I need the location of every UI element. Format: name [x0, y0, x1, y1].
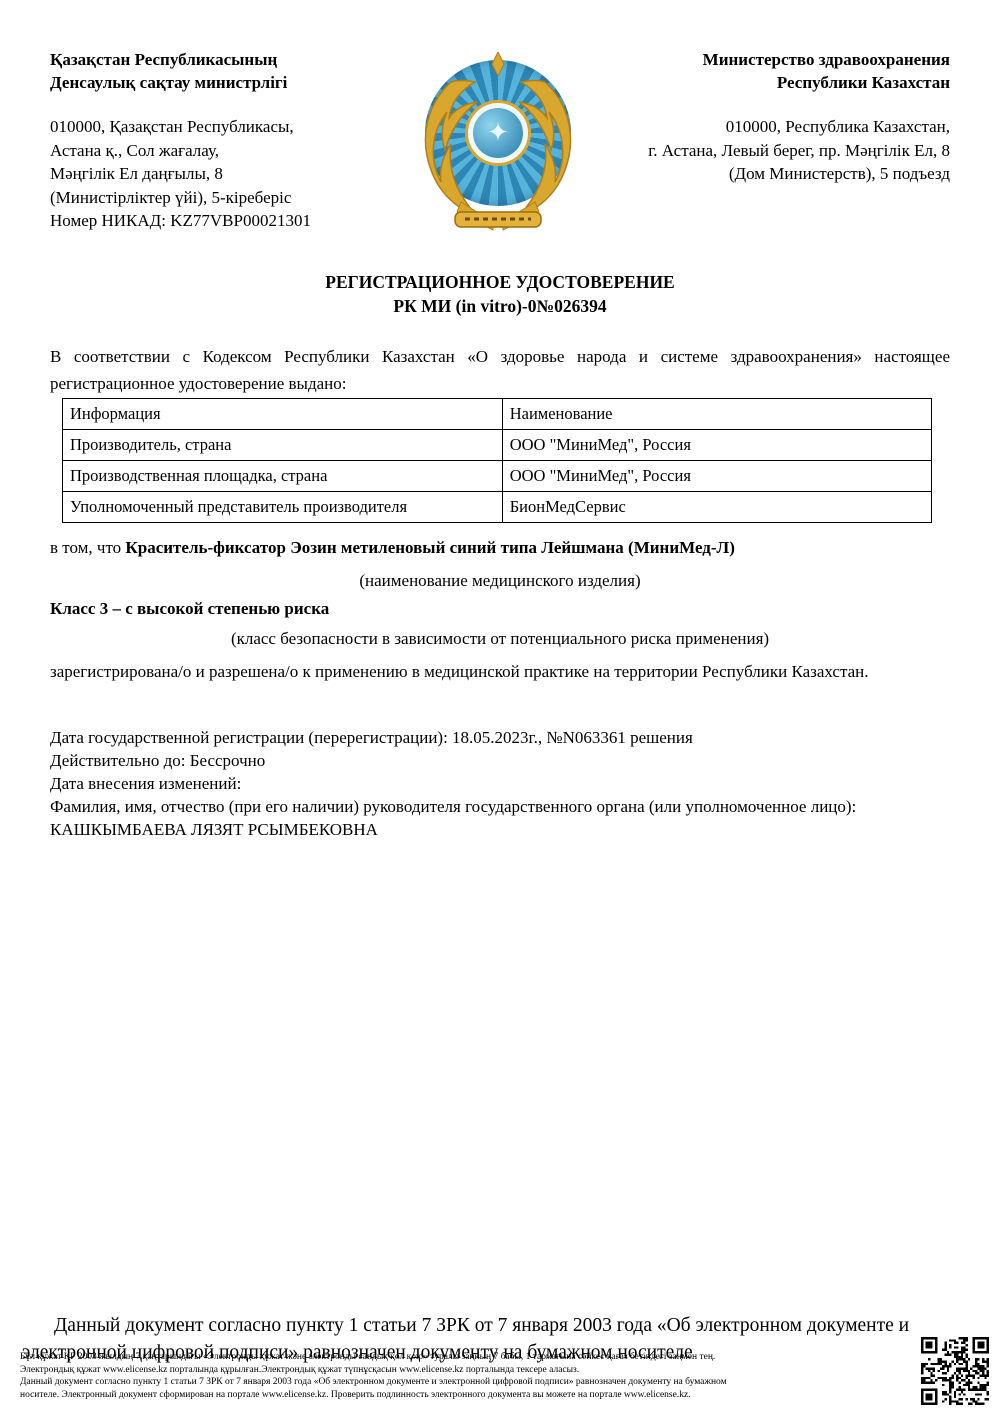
- issuer-address-ru: 010000, Республика Казахстан, г. Астана,…: [520, 115, 950, 186]
- device-clause: в том, что Краситель-фиксатор Эозин мети…: [50, 538, 960, 558]
- fine-print-line: Бұл құжат ҚР 2003 жылдың 7 қаңтарындағы …: [20, 1351, 918, 1364]
- registration-date: Дата государственной регистрации (перере…: [50, 726, 920, 749]
- table-row: Уполномоченный представитель производите…: [63, 492, 932, 523]
- device-name: Краситель-фиксатор Эозин метиленовый син…: [125, 538, 734, 557]
- table-row: Производитель, страна ООО "МиниМед", Рос…: [63, 430, 932, 461]
- registration-certificate-document: Қазақстан Республикасының Денсаулық сақт…: [0, 0, 1000, 1415]
- fine-print-line: носителе. Электронный документ сформиров…: [20, 1389, 918, 1402]
- footer-fine-print: Бұл құжат ҚР 2003 жылдың 7 қаңтарындағы …: [20, 1351, 918, 1401]
- fine-print-line: Данный документ согласно пункту 1 статьи…: [20, 1376, 918, 1389]
- device-name-caption: (наименование медицинского изделия): [0, 571, 1000, 591]
- issuer-kz-line1: Қазақстан Республикасының: [50, 48, 390, 71]
- row-label: Производственная площадка, страна: [63, 461, 503, 492]
- emblem-core: ✦: [473, 108, 523, 158]
- row-value: БионМедСервис: [502, 492, 931, 523]
- document-title-line1: РЕГИСТРАЦИОННОЕ УДОСТОВЕРЕНИЕ: [0, 271, 1000, 295]
- address-line: (Министірліктер үйі), 5-кіреберіс: [50, 186, 390, 210]
- issuer-address-kz: 010000, Қазақстан Республикасы, Астана қ…: [50, 115, 390, 209]
- registration-details: Дата государственной регистрации (перере…: [50, 726, 920, 841]
- table-header-info: Информация: [63, 399, 503, 430]
- address-line: 010000, Республика Казахстан,: [520, 115, 950, 139]
- issuer-kz-line2: Денсаулық сақтау министрлігі: [50, 71, 390, 94]
- emblem-star-icon: ✦: [487, 120, 509, 146]
- address-line: Мәңгілік Ел даңғылы, 8: [50, 162, 390, 186]
- issuer-ru-line2: Республики Казахстан: [560, 71, 950, 94]
- issuer-ru-line1: Министерство здравоохранения: [560, 48, 950, 71]
- address-line: г. Астана, Левый берег, пр. Мәңгілік Ел,…: [520, 139, 950, 163]
- risk-class-caption: (класс безопасности в зависимости от пот…: [0, 629, 1000, 649]
- table-row: Производственная площадка, страна ООО "М…: [63, 461, 932, 492]
- manufacturer-table: Информация Наименование Производитель, с…: [62, 398, 932, 523]
- table-header-row: Информация Наименование: [63, 399, 932, 430]
- head-official: Фамилия, имя, отчество (при его наличии)…: [50, 795, 920, 841]
- document-number: РК МИ (in vitro)-0№026394: [0, 295, 1000, 319]
- amendment-date: Дата внесения изменений:: [50, 772, 920, 795]
- row-value: ООО "МиниМед", Россия: [502, 430, 931, 461]
- clause-prefix: в том, что: [50, 538, 125, 557]
- issuer-name-kz: Қазақстан Республикасының Денсаулық сақт…: [50, 48, 390, 94]
- table-header-name: Наименование: [502, 399, 931, 430]
- issuer-name-ru: Министерство здравоохранения Республики …: [560, 48, 950, 94]
- valid-until: Действительно до: Бессрочно: [50, 749, 920, 772]
- nikad-number: Номер НИКАД: KZ77VBP00021301: [50, 211, 410, 231]
- risk-class: Класс 3 – с высокой степенью риска: [50, 599, 950, 619]
- row-label: Производитель, страна: [63, 430, 503, 461]
- document-title: РЕГИСТРАЦИОННОЕ УДОСТОВЕРЕНИЕ РК МИ (in …: [0, 271, 1000, 318]
- qr-code: [921, 1337, 989, 1405]
- address-line: (Дом Министерств), 5 подъезд: [520, 162, 950, 186]
- intro-paragraph: В соответствии с Кодексом Республики Каз…: [50, 343, 950, 397]
- row-value: ООО "МиниМед", Россия: [502, 461, 931, 492]
- address-line: 010000, Қазақстан Республикасы,: [50, 115, 390, 139]
- row-label: Уполномоченный представитель производите…: [63, 492, 503, 523]
- registered-statement: зарегистрирована/о и разрешена/о к приме…: [50, 658, 900, 685]
- fine-print-line: Электрондық құжат www.elicense.kz портал…: [20, 1364, 918, 1377]
- address-line: Астана қ., Сол жағалау,: [50, 139, 390, 163]
